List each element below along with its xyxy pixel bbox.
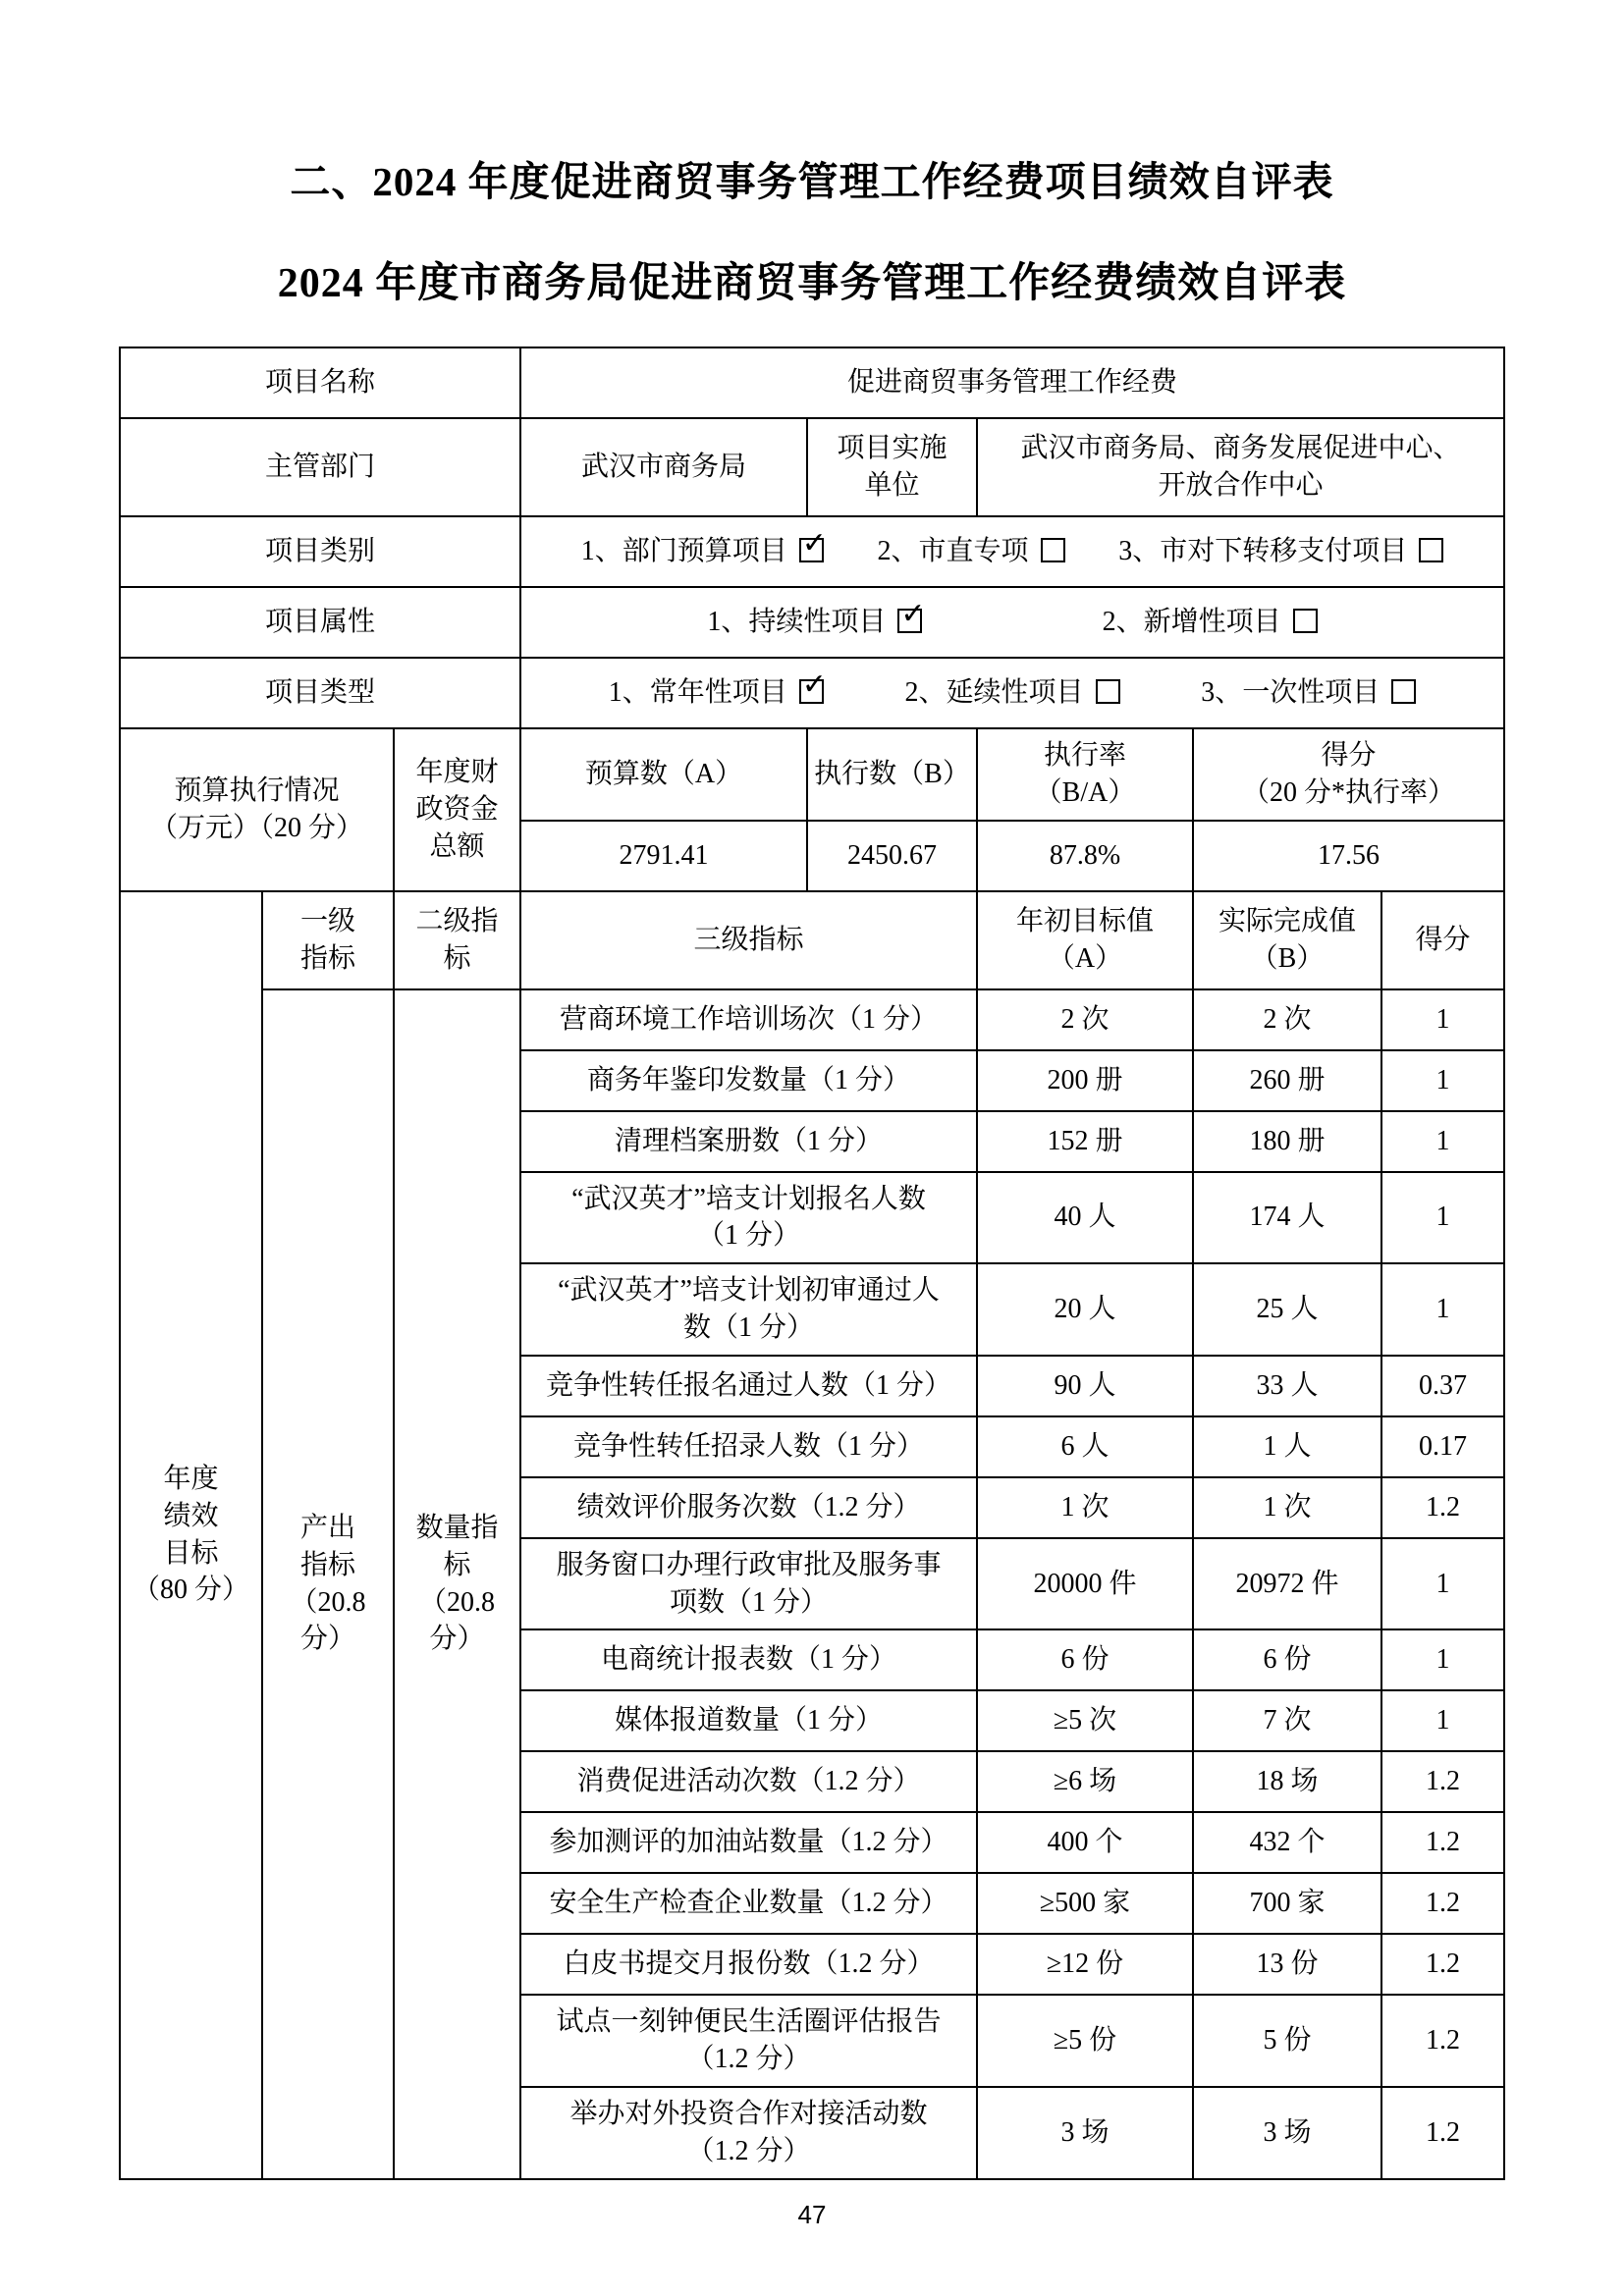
indicator-score: 1.2 <box>1381 2087 1504 2179</box>
indicator-name: 营商环境工作培训场次（1 分） <box>520 989 977 1050</box>
indicator-name: 商务年鉴印发数量（1 分） <box>520 1050 977 1111</box>
project-option: 1、部门预算项目✓ <box>581 533 824 570</box>
indicator-actual-value: 174 人 <box>1193 1172 1381 1264</box>
indicator-target-value: 6 人 <box>977 1416 1193 1477</box>
department-label: 主管部门 <box>120 418 520 516</box>
checkbox-unchecked-icon[interactable] <box>1419 538 1443 562</box>
page-number: 47 <box>0 2200 1624 2230</box>
indicator-target-value: 400 个 <box>977 1812 1193 1873</box>
indicator-target-value: 2 次 <box>977 989 1193 1050</box>
checkbox-unchecked-icon[interactable] <box>1096 679 1120 704</box>
indicator-name: 白皮书提交月报份数（1.2 分） <box>520 1934 977 1995</box>
quantity-indicator-cell: 数量指 标 （20.8 分） <box>394 989 520 2179</box>
score-col-header: 得分 （20 分*执行率） <box>1193 728 1504 821</box>
execution-value: 2450.67 <box>807 821 977 891</box>
checkbox-checked-icon[interactable]: ✓ <box>799 679 824 704</box>
indicator-actual-value: 13 份 <box>1193 1934 1381 1995</box>
indicator-name: 竞争性转任报名通过人数（1 分） <box>520 1356 977 1416</box>
indicator-name: 媒体报道数量（1 分） <box>520 1690 977 1751</box>
indicator-target-value: 20000 件 <box>977 1538 1193 1630</box>
indicator-name: 参加测评的加油站数量（1.2 分） <box>520 1812 977 1873</box>
indicator-score: 1.2 <box>1381 1751 1504 1812</box>
indicator-target-value: 40 人 <box>977 1172 1193 1264</box>
project-attribute-options: 1、持续性项目✓2、新增性项目 <box>520 587 1504 658</box>
indicator-score: 0.37 <box>1381 1356 1504 1416</box>
indicator-score: 1 <box>1381 1690 1504 1751</box>
indicator-actual-value: 1 人 <box>1193 1416 1381 1477</box>
indicator-actual-value: 18 场 <box>1193 1751 1381 1812</box>
indicator-target-value: ≥500 家 <box>977 1873 1193 1934</box>
implement-unit-value: 武汉市商务局、商务发展促进中心、 开放合作中心 <box>977 418 1504 516</box>
project-option: 3、一次性项目 <box>1201 674 1416 712</box>
indicator-score: 0.17 <box>1381 1416 1504 1477</box>
budget-value: 2791.41 <box>520 821 807 891</box>
indicator-name: “武汉英才”培支计划报名人数 （1 分） <box>520 1172 977 1264</box>
indicator-target-value: 6 份 <box>977 1629 1193 1690</box>
document-page: 二、2024 年度促进商贸事务管理工作经费项目绩效自评表 2024 年度市商务局… <box>0 0 1624 2296</box>
project-type-label: 项目类型 <box>120 658 520 728</box>
project-name-row: 项目名称 促进商贸事务管理工作经费 <box>120 347 1504 418</box>
indicator-actual-value: 180 册 <box>1193 1111 1381 1172</box>
project-option: 3、市对下转移支付项目 <box>1118 533 1443 570</box>
indicator-score: 1 <box>1381 1172 1504 1264</box>
indicator-name: 安全生产检查企业数量（1.2 分） <box>520 1873 977 1934</box>
execution-col-header: 执行数（B） <box>807 728 977 821</box>
option-label: 3、市对下转移支付项目 <box>1118 536 1407 566</box>
budget-col-header: 预算数（A） <box>520 728 807 821</box>
indicator-score: 1.2 <box>1381 1477 1504 1538</box>
indicator-target-value: 1 次 <box>977 1477 1193 1538</box>
checkbox-unchecked-icon[interactable] <box>1041 538 1065 562</box>
score-header: 得分 <box>1381 891 1504 989</box>
project-option: 2、市直专项 <box>877 533 1064 570</box>
indicator-name: 绩效评价服务次数（1.2 分） <box>520 1477 977 1538</box>
indicator-target-value: ≥6 场 <box>977 1751 1193 1812</box>
indicator-score: 1.2 <box>1381 1934 1504 1995</box>
option-label: 2、延续性项目 <box>904 677 1083 708</box>
project-type-options: 1、常年性项目✓2、延续性项目3、一次性项目 <box>520 658 1504 728</box>
indicator-score: 1 <box>1381 1111 1504 1172</box>
indicator-row: 产出 指标 （20.8 分）数量指 标 （20.8 分）营商环境工作培训场次（1… <box>120 989 1504 1050</box>
indicator-name: 消费促进活动次数（1.2 分） <box>520 1751 977 1812</box>
level2-indicator-header: 二级指 标 <box>394 891 520 989</box>
checkbox-unchecked-icon[interactable] <box>1293 609 1318 633</box>
project-attribute-row: 项目属性 1、持续性项目✓2、新增性项目 <box>120 587 1504 658</box>
indicator-score: 1 <box>1381 989 1504 1050</box>
level3-indicator-header: 三级指标 <box>520 891 977 989</box>
checkbox-unchecked-icon[interactable] <box>1391 679 1416 704</box>
indicator-actual-value: 7 次 <box>1193 1690 1381 1751</box>
self-evaluation-table: 项目名称 促进商贸事务管理工作经费 主管部门 武汉市商务局 项目实施 单位 武汉… <box>119 347 1505 2180</box>
indicator-actual-value: 2 次 <box>1193 989 1381 1050</box>
indicator-actual-value: 33 人 <box>1193 1356 1381 1416</box>
indicator-actual-value: 25 人 <box>1193 1263 1381 1356</box>
project-attribute-label: 项目属性 <box>120 587 520 658</box>
indicator-target-value: 152 册 <box>977 1111 1193 1172</box>
indicator-score: 1 <box>1381 1263 1504 1356</box>
indicator-header-row: 年度 绩效 目标 （80 分） 一级 指标 二级指 标 三级指标 年初目标值 （… <box>120 891 1504 989</box>
indicator-target-value: ≥5 份 <box>977 1995 1193 2087</box>
option-label: 2、新增性项目 <box>1103 607 1281 637</box>
indicator-actual-value: 20972 件 <box>1193 1538 1381 1630</box>
indicator-score: 1 <box>1381 1538 1504 1630</box>
budget-section-label: 预算执行情况 （万元）（20 分） <box>120 728 394 891</box>
table-title: 2024 年度市商务局促进商贸事务管理工作经费绩效自评表 <box>0 250 1624 309</box>
indicator-name: 电商统计报表数（1 分） <box>520 1629 977 1690</box>
indicator-actual-value: 5 份 <box>1193 1995 1381 2087</box>
indicator-actual-value: 432 个 <box>1193 1812 1381 1873</box>
indicator-actual-value: 1 次 <box>1193 1477 1381 1538</box>
actual-value-header: 实际完成值 （B） <box>1193 891 1381 989</box>
output-indicator-cell: 产出 指标 （20.8 分） <box>262 989 394 2179</box>
indicator-actual-value: 260 册 <box>1193 1050 1381 1111</box>
checkbox-checked-icon[interactable]: ✓ <box>897 609 922 633</box>
indicator-target-value: 90 人 <box>977 1356 1193 1416</box>
indicator-target-value: ≥5 次 <box>977 1690 1193 1751</box>
target-value-header: 年初目标值 （A） <box>977 891 1193 989</box>
indicator-name: “武汉英才”培支计划初审通过人 数（1 分） <box>520 1263 977 1356</box>
project-type-row: 项目类型 1、常年性项目✓2、延续性项目3、一次性项目 <box>120 658 1504 728</box>
budget-header-row: 预算执行情况 （万元）（20 分） 年度财 政资金 总额 预算数（A） 执行数（… <box>120 728 1504 821</box>
rate-col-header: 执行率 （B/A） <box>977 728 1193 821</box>
checkbox-checked-icon[interactable]: ✓ <box>799 538 824 562</box>
project-name-value: 促进商贸事务管理工作经费 <box>520 347 1504 418</box>
score-value: 17.56 <box>1193 821 1504 891</box>
project-category-row: 项目类别 1、部门预算项目✓2、市直专项3、市对下转移支付项目 <box>120 516 1504 587</box>
indicator-score: 1.2 <box>1381 1812 1504 1873</box>
indicator-target-value: 3 场 <box>977 2087 1193 2179</box>
indicator-score: 1.2 <box>1381 1873 1504 1934</box>
indicator-target-value: 200 册 <box>977 1050 1193 1111</box>
indicator-score: 1.2 <box>1381 1995 1504 2087</box>
option-label: 1、常年性项目 <box>609 677 787 708</box>
indicator-name: 服务窗口办理行政审批及服务事 项数（1 分） <box>520 1538 977 1630</box>
project-category-options: 1、部门预算项目✓2、市直专项3、市对下转移支付项目 <box>520 516 1504 587</box>
option-label: 1、持续性项目 <box>707 607 886 637</box>
indicator-name: 举办对外投资合作对接活动数 （1.2 分） <box>520 2087 977 2179</box>
indicator-actual-value: 3 场 <box>1193 2087 1381 2179</box>
project-option: 2、延续性项目 <box>904 674 1119 712</box>
indicator-name: 清理档案册数（1 分） <box>520 1111 977 1172</box>
indicator-actual-value: 6 份 <box>1193 1629 1381 1690</box>
project-option: 1、持续性项目✓ <box>707 604 922 641</box>
annual-goal-cell: 年度 绩效 目标 （80 分） <box>120 891 262 2179</box>
indicator-score: 1 <box>1381 1629 1504 1690</box>
project-option: 1、常年性项目✓ <box>609 674 824 712</box>
department-value: 武汉市商务局 <box>520 418 807 516</box>
option-label: 2、市直专项 <box>877 536 1028 566</box>
indicator-actual-value: 700 家 <box>1193 1873 1381 1934</box>
project-name-label: 项目名称 <box>120 347 520 418</box>
department-row: 主管部门 武汉市商务局 项目实施 单位 武汉市商务局、商务发展促进中心、 开放合… <box>120 418 1504 516</box>
indicator-target-value: 20 人 <box>977 1263 1193 1356</box>
project-option: 2、新增性项目 <box>1103 604 1318 641</box>
indicator-target-value: ≥12 份 <box>977 1934 1193 1995</box>
document-title: 二、2024 年度促进商贸事务管理工作经费项目绩效自评表 <box>0 149 1624 207</box>
project-category-label: 项目类别 <box>120 516 520 587</box>
indicator-name: 竞争性转任招录人数（1 分） <box>520 1416 977 1477</box>
indicator-score: 1 <box>1381 1050 1504 1111</box>
rate-value: 87.8% <box>977 821 1193 891</box>
annual-fund-label: 年度财 政资金 总额 <box>394 728 520 891</box>
indicator-name: 试点一刻钟便民生活圈评估报告 （1.2 分） <box>520 1995 977 2087</box>
option-label: 3、一次性项目 <box>1201 677 1380 708</box>
level1-indicator-header: 一级 指标 <box>262 891 394 989</box>
option-label: 1、部门预算项目 <box>581 536 787 566</box>
implement-unit-label: 项目实施 单位 <box>807 418 977 516</box>
